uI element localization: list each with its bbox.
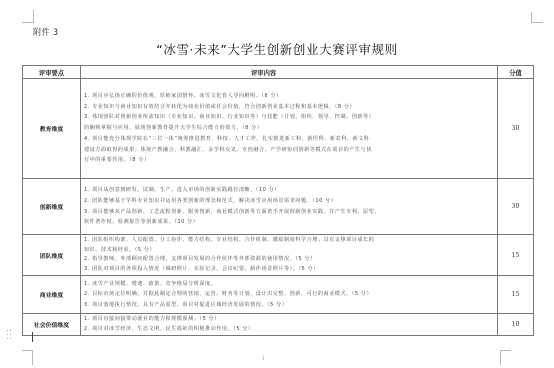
header-criteria: 评审要点 xyxy=(23,66,81,79)
content-line: 3. 体现团队对创新创业所需知识（专业知识、商业知识、行业知识等）与技能（计划、… xyxy=(84,112,494,123)
content-line: 4. 项目能充分体现学院在“三位一体”统筹推进教育、科技、人才工作，扎实推进新工… xyxy=(84,134,494,145)
score-cell: 15 xyxy=(498,276,534,314)
content-line: 1. 冰雪产业规模、增速、政策、竞争格局分析深度。 xyxy=(84,279,494,290)
table-row-education: 教育维度 1. 项目应弘扬正确的价值观，厚植家国情怀，冰雪文化育人导向鲜明。（6… xyxy=(23,79,534,179)
criteria-cell: 商业维度 xyxy=(23,276,81,314)
content-cell: 1. 项目直接间接带动就业的能力和规模预测。（5 分） 2. 项目对冰雪经济、生… xyxy=(81,314,498,336)
content-cell: 1. 项目应弘扬正确的价值观，厚植家国情怀，冰雪文化育人导向鲜明。（6 分） 2… xyxy=(81,79,498,179)
content-line: 软件著作权、检测报告等创新成果。（10 分） xyxy=(84,217,494,228)
content-cell: 1. 冰雪产业规模、增速、政策、竞争格局分析深度。 2. 目标市场定位明确，并据… xyxy=(81,276,498,314)
content-line: 1. 项目应弘扬正确的价值观，厚植家国情怀，冰雪文化育人导向鲜明。（6 分） xyxy=(84,91,494,102)
document-title: “冰雪·未来”大学生创新创业大赛评审规则 xyxy=(0,40,554,58)
criteria-cell: 团队维度 xyxy=(23,235,81,276)
score-cell: 30 xyxy=(498,179,534,235)
score-cell: 15 xyxy=(498,235,534,276)
content-line: 3. 团队对项目的各项投入情况（调研照片、实验记录、会议纪要、制作场景照片等）。… xyxy=(84,265,494,275)
attachment-label: 附件 3 xyxy=(33,26,58,38)
criteria-cell: 创新维度 xyxy=(23,179,81,235)
paragraph-drag-handle-icon[interactable] xyxy=(7,330,13,341)
content-line: 行中的重要作用。（8 分） xyxy=(84,155,494,166)
content-line: 1. 团队组织构架、人员配置、分工协作、能力结构、专业结构、合作机制、激励制度科… xyxy=(84,236,494,246)
score-cell: 30 xyxy=(498,79,534,179)
header-content: 评审内容 xyxy=(81,66,498,79)
content-line: 2. 专业知识与商业知识有效结合并转化为商业价值或社会价值，符合创新创业基本过程… xyxy=(84,102,494,113)
content-line: 建设方面取得的成果；体现产教融合、科教融汇、多学科交叉、专创融合、产学研协同创新… xyxy=(84,145,494,156)
table-row-social-value: 社会价值维度 1. 项目直接间接带动就业的能力和规模预测。（5 分） 2. 项目… xyxy=(23,314,534,336)
crop-mark-top-left xyxy=(22,10,34,23)
content-line: 1. 项目直接间接带动就业的能力和规模预测。（5 分） xyxy=(84,315,494,325)
content-line: 知识、技术和经验。（5 分） xyxy=(84,246,494,256)
score-cell: 10 xyxy=(498,314,534,336)
table-header-row: 评审要点 评审内容 分值 xyxy=(23,66,534,79)
page-number: 1 xyxy=(262,357,265,362)
content-line: 3. 项目能够从产品创新、工艺流程创新、服务创新、商业模式创新等方面着手开展创新… xyxy=(84,207,494,218)
content-line: 1. 项目从创意到研发、试制、生产、进入市场的创新实践路径清晰。（10 分） xyxy=(84,185,494,196)
content-cell: 1. 团队组织构架、人员配置、分工协作、能力结构、专业结构、合作机制、激励制度科… xyxy=(81,235,498,276)
review-rules-table: 评审要点 评审内容 分值 教育维度 1. 项目应弘扬正确的价值观，厚植家国情怀，… xyxy=(22,65,534,336)
content-line: 2. 项目对冰雪经济、生态文明、民生福祉的积极推动作用。（5 分） xyxy=(84,325,494,335)
table-row-innovation: 创新维度 1. 项目从创意到研发、试制、生产、进入市场的创新实践路径清晰。（10… xyxy=(23,179,534,235)
crop-mark-bottom-right xyxy=(500,350,511,365)
content-cell: 1. 项目从创意到研发、试制、生产、进入市场的创新实践路径清晰。（10 分） 2… xyxy=(81,179,498,235)
content-line: 2. 目标市场定位明确，并据此制定合理的营销、运营、财务等计划，设计出完整、创新… xyxy=(84,289,494,300)
content-line: 2. 团队能够基于学科专业知识并运用各类创新的理念和范式，解决冰雪应用场景需求问… xyxy=(84,196,494,207)
text-cursor[interactable] xyxy=(32,332,33,342)
header-score: 分值 xyxy=(498,66,534,79)
content-line: 3. 项目落地执行情况，具有产品原型，项目对促进区域经济发展的情况。（5 分） xyxy=(84,300,494,311)
table-row-business: 商业维度 1. 冰雪产业规模、增速、政策、竞争格局分析深度。 2. 目标市场定位… xyxy=(23,276,534,314)
content-line: 2. 指导教师、外部顾问配置合理，支撑项目发展的合作伙伴等外部资源的使用情况。（… xyxy=(84,255,494,265)
content-line: 的娴熟掌握与应用，展现创新教育提升大学生综合能力的效力。（8 分） xyxy=(84,123,494,134)
table-row-team: 团队维度 1. 团队组织构架、人员配置、分工协作、能力结构、专业结构、合作机制、… xyxy=(23,235,534,276)
crop-mark-top-right xyxy=(531,12,543,23)
crop-mark-bottom-left xyxy=(22,350,33,365)
criteria-cell: 教育维度 xyxy=(23,79,81,179)
